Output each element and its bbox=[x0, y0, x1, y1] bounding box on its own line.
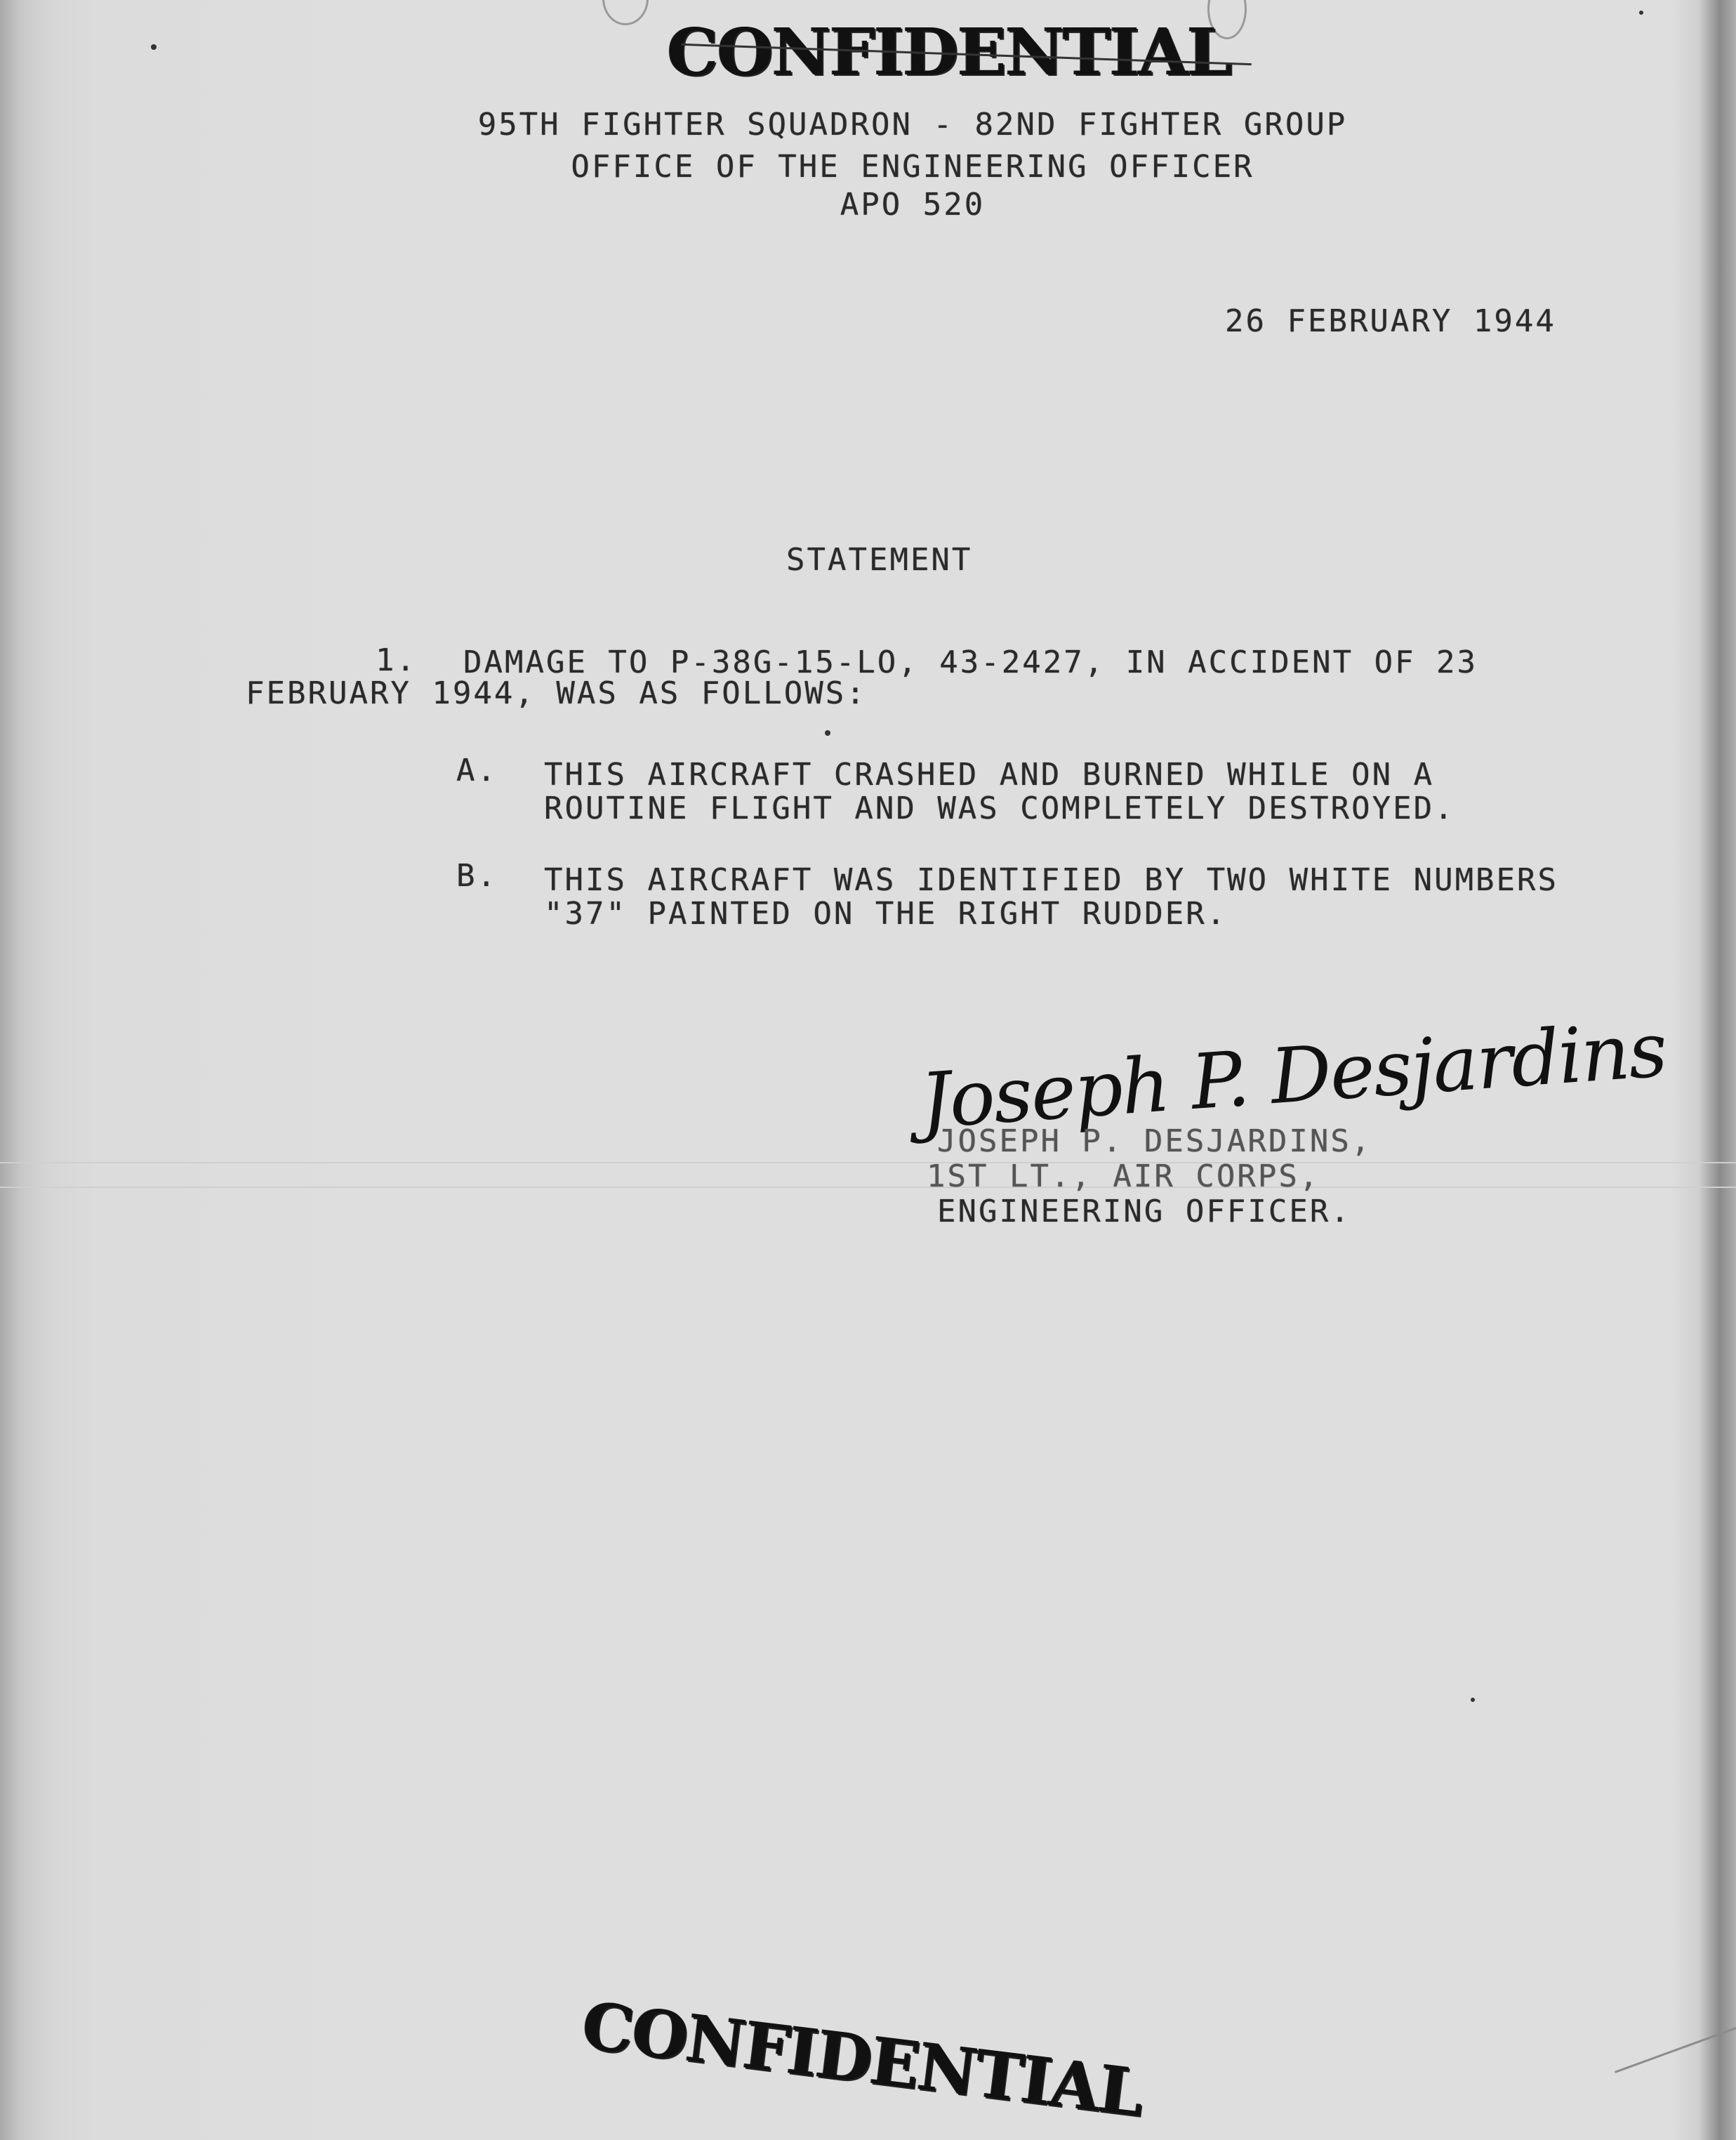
signatory-title: ENGINEERING OFFICER. bbox=[937, 1194, 1351, 1229]
letterhead-line-3: APO 520 bbox=[351, 187, 1474, 223]
paragraph-number: 1. bbox=[376, 642, 417, 678]
fold-line bbox=[0, 1162, 1736, 1163]
punch-hole-mark bbox=[602, 0, 649, 25]
paragraph-1-line-2: FEBRUARY 1944, WAS AS FOLLOWS: bbox=[246, 675, 867, 711]
ink-speck bbox=[825, 730, 830, 736]
classification-stamp-top: CONFIDENTIAL bbox=[667, 14, 1231, 90]
ink-speck bbox=[1471, 1698, 1475, 1702]
item-b-label: B. bbox=[456, 858, 498, 894]
item-a-line-2: ROUTINE FLIGHT AND WAS COMPLETELY DESTRO… bbox=[544, 791, 1455, 826]
fold-line bbox=[0, 1187, 1736, 1188]
item-b-line-1: THIS AIRCRAFT WAS IDENTIFIED BY TWO WHIT… bbox=[544, 862, 1558, 898]
classification-stamp-bottom: CONFIDENTIAL bbox=[578, 1987, 1147, 2131]
signatory-rank: 1ST LT., AIR CORPS, bbox=[927, 1158, 1320, 1194]
item-a-label: A. bbox=[456, 753, 498, 788]
signatory-name: JOSEPH P. DESJARDINS, bbox=[937, 1123, 1372, 1159]
document-date: 26 FEBRUARY 1944 bbox=[1225, 303, 1556, 339]
letterhead-line-1: 95TH FIGHTER SQUADRON - 82ND FIGHTER GRO… bbox=[351, 107, 1474, 143]
item-b-line-2: "37" PAINTED ON THE RIGHT RUDDER. bbox=[544, 896, 1227, 932]
page-edge bbox=[1615, 1975, 1736, 2073]
ink-speck bbox=[151, 44, 157, 50]
document-title: STATEMENT bbox=[786, 542, 972, 578]
ink-speck bbox=[1639, 11, 1643, 15]
item-a-line-1: THIS AIRCRAFT CRASHED AND BURNED WHILE O… bbox=[544, 757, 1434, 793]
letterhead-line-2: OFFICE OF THE ENGINEERING OFFICER bbox=[351, 149, 1474, 185]
document-page: CONFIDENTIAL 95TH FIGHTER SQUADRON - 82N… bbox=[0, 0, 1736, 2140]
